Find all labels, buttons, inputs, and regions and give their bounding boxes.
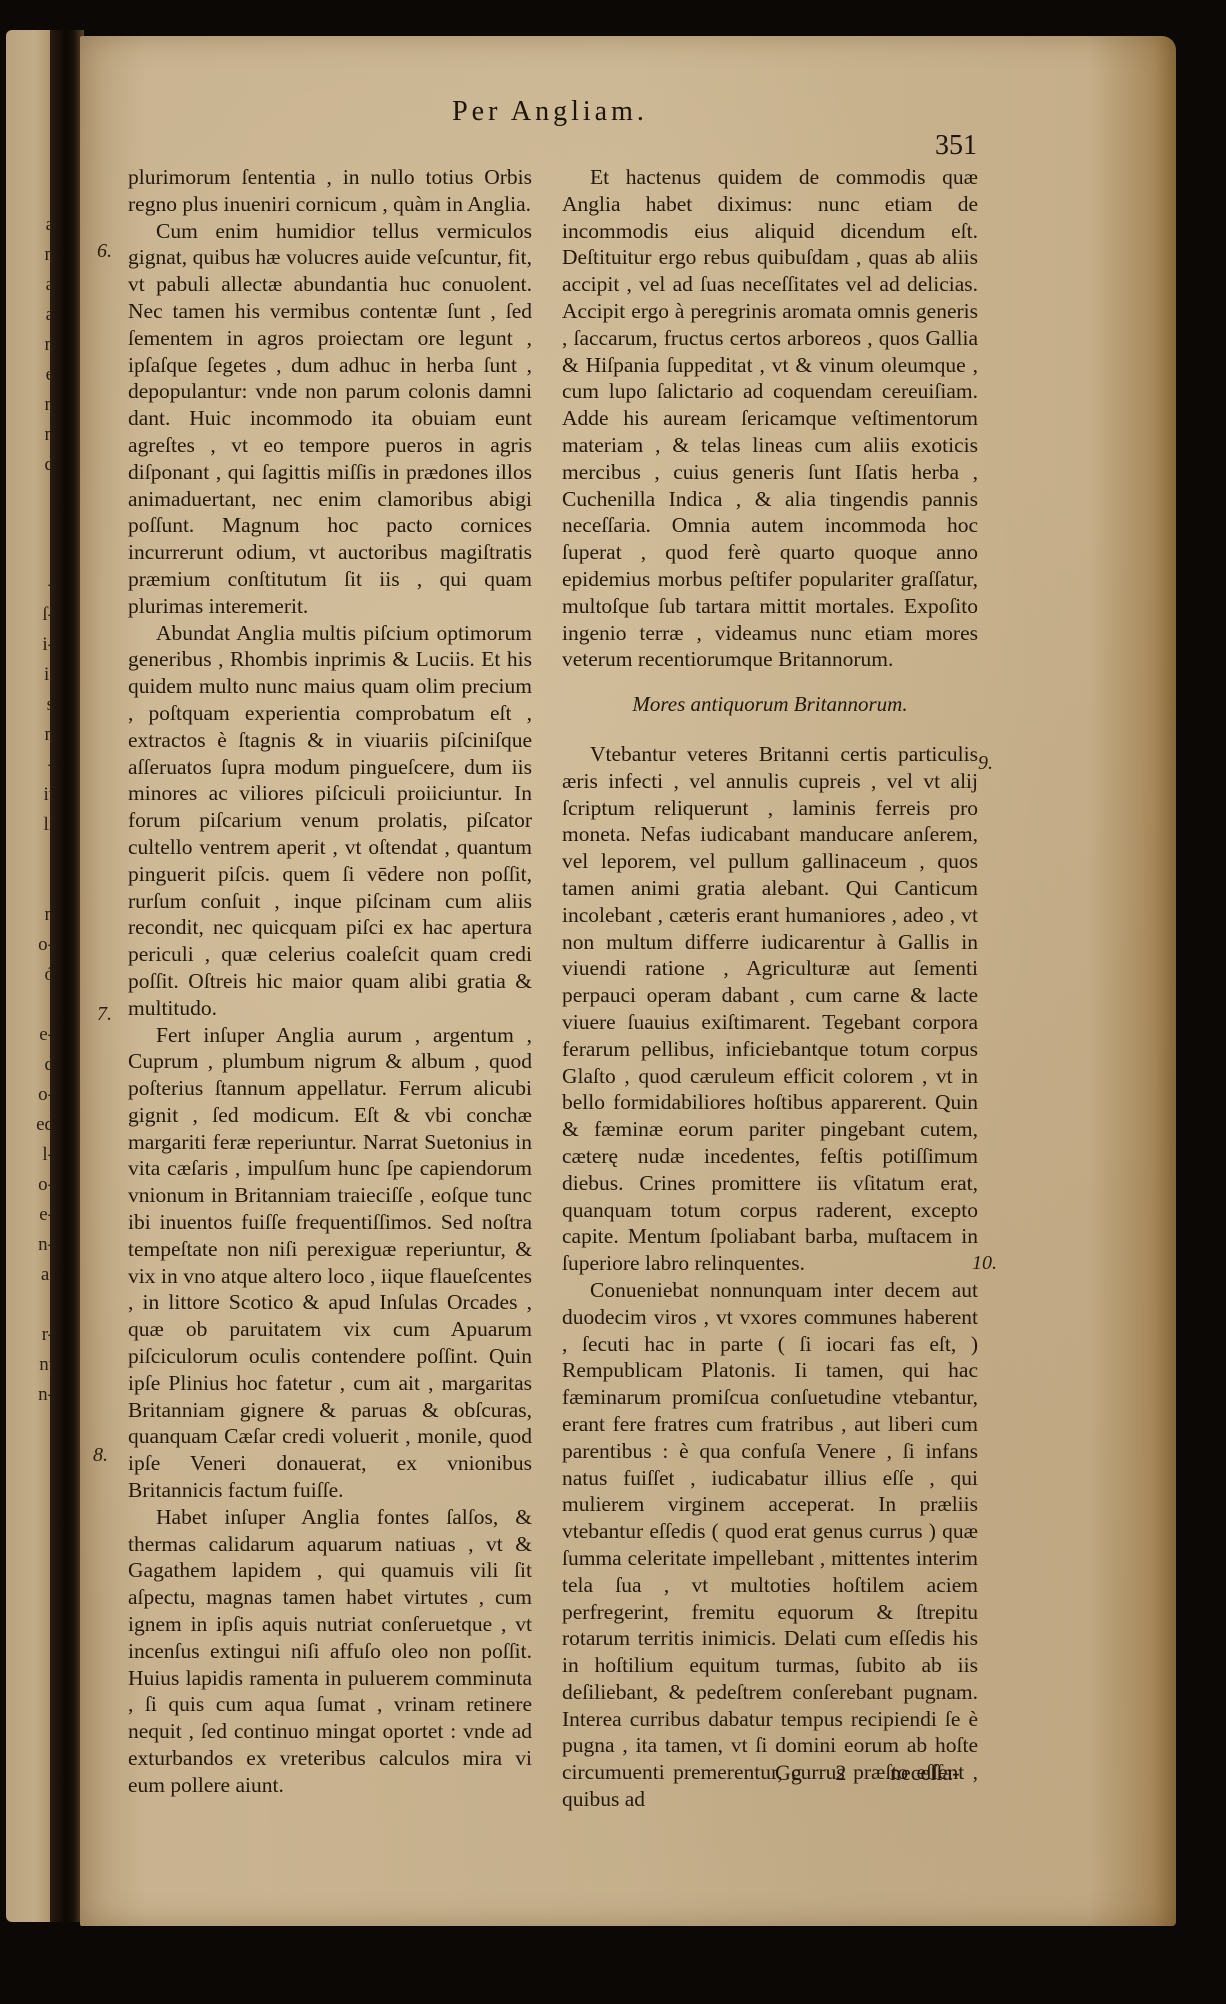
margin-number-9: 9.: [978, 752, 993, 775]
paragraph: Cum enim humidior tellus vermiculos gign…: [128, 218, 532, 620]
margin-number-10: 10.: [972, 1252, 997, 1275]
paragraph: Abundat Anglia multis piſcium optimorum …: [128, 620, 532, 1022]
running-head-right: Angliam.: [511, 96, 648, 127]
running-head-left: Per: [452, 96, 501, 127]
margin-number-6: 6.: [97, 240, 112, 263]
paragraph: plurimorum ſententia , in nullo totius O…: [128, 164, 532, 218]
catchword: neceſſa-: [890, 1760, 960, 1786]
paragraph: Habet inſuper Anglia fontes ſalſos, & th…: [128, 1504, 532, 1799]
paragraph: Fert inſuper Anglia aurum , argentum , C…: [128, 1022, 532, 1504]
paragraph: Conueniebat nonnunquam inter decem aut d…: [562, 1277, 978, 1813]
running-head: Per Angliam.: [400, 96, 700, 128]
facing-page-text: a n a a n e n n d - ſ- i- i. s n - it li…: [8, 210, 54, 1410]
margin-number-7: 7.: [97, 1003, 112, 1026]
signature-mark: Gg 2: [775, 1760, 846, 1786]
page-number: 351: [935, 130, 977, 162]
paragraph: Vtebantur veteres Britanni certis partic…: [562, 741, 978, 1277]
right-column: Et hactenus quidem de commodis quæ Angli…: [562, 164, 978, 673]
section-heading: Mores antiquorum Britannorum.: [562, 692, 978, 717]
facing-page-fragment: a n a a n e n n d - ſ- i- i. s n - it li…: [6, 30, 54, 1922]
right-column-continued: Vtebantur veteres Britanni certis partic…: [562, 741, 978, 1813]
left-column: plurimorum ſententia , in nullo totius O…: [128, 164, 532, 1799]
paragraph: Et hactenus quidem de commodis quæ Angli…: [562, 164, 978, 673]
book-gutter: [50, 30, 84, 1922]
margin-number-8: 8.: [93, 1444, 108, 1467]
